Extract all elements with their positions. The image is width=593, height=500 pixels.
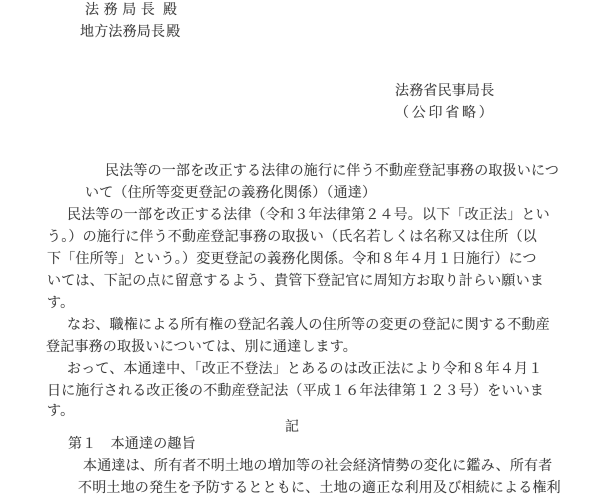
addressee-line-2: 地方法務局長殿 [80, 26, 180, 40]
addressee-honorific: 殿 [166, 25, 180, 40]
body-line: す。 [47, 297, 74, 311]
addressee-honorific: 殿 [163, 3, 177, 18]
addressee-name: 法務局長 [85, 4, 155, 18]
sender-title: 法務省民事局長 [395, 85, 494, 99]
body-line: 下「住所等」という。）変更登記の義務化関係。令和８年４月１日施行）につ [47, 253, 537, 267]
body-line: なお、職権による所有権の登記名義人の住所等の変更の登記に関する不動産 [67, 319, 550, 333]
section-line: 不明土地の発生を予防するとともに、土地の適正な利用及び相続による権利 [78, 482, 561, 496]
record-marker: 記 [285, 421, 299, 435]
body-line: 民法等の一部を改正する法律（令和３年法律第２４号。以下「改正法」とい [67, 209, 550, 223]
subject-line-1: 民法等の一部を改正する法律の施行に伴う不動産登記事務の取扱いにつ [105, 165, 559, 179]
seal-omitted-note: （公印省略） [395, 107, 493, 121]
body-line: いては、下記の点に留意するよう、貴管下登記官に周知方お取り計らい願いま [47, 275, 544, 289]
addressee-name: 地方法務局長 [80, 25, 165, 40]
body-line: う。）の施行に伴う不動産登記事務の取扱い（氏名若しくは名称又は住所（以 [47, 231, 537, 245]
section-line: 本通達は、所有者不明土地の増加等の社会経済情勢の変化に鑑み、所有者 [83, 460, 552, 474]
body-line: おって、本通達中、「改正不登法」とあるのは改正法により令和８年４月１ [67, 363, 543, 377]
section-1-heading: 第１ 本通達の趣旨 [68, 438, 196, 452]
scanned-circular-document: 法務局長殿 地方法務局長殿 法務省民事局長 （公印省略） 民法等の一部を改正する… [0, 0, 593, 500]
body-line: 登記事務の取扱いについては、別に通達します。 [46, 341, 357, 355]
body-line: す。 [47, 405, 74, 419]
body-line: 日に施行される改正後の不動産登記法（平成１６年法律第１２３号）をいいま [47, 385, 544, 399]
subject-line-2: いて（住所等変更登記の義務化関係）（通達） [85, 187, 376, 201]
addressee-line-1: 法務局長殿 [85, 4, 177, 18]
